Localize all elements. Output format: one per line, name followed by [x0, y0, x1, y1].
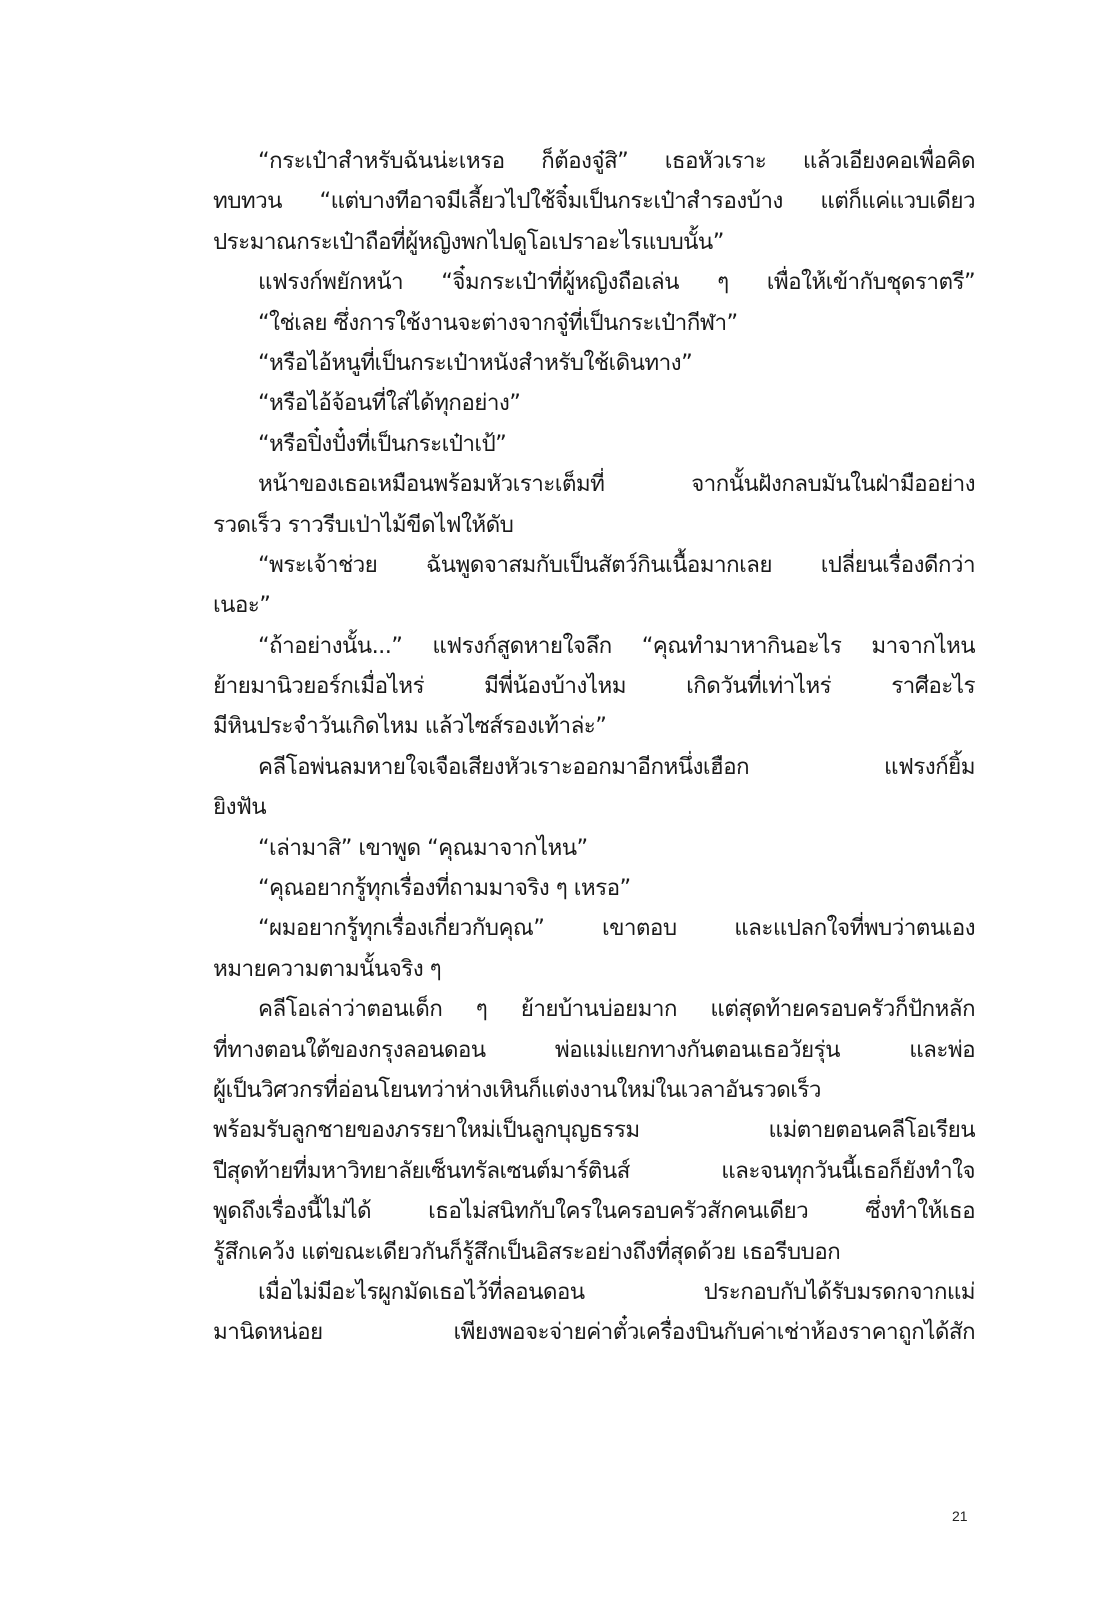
paragraph-first-line: คลีโอพ่นลมหายใจเจือเสียงหัวเราะออกมาอีกห…: [213, 747, 975, 787]
paragraph-first-line: “หรือปิ๋งปั๋งที่เป็นกระเป๋าเป้”: [213, 424, 975, 464]
paragraph-first-line: “เล่ามาสิ” เขาพูด “คุณมาจากไหน”: [213, 828, 975, 868]
paragraph-first-line: เมื่อไม่มีอะไรผูกมัดเธอไว้ที่ลอนดอน ประก…: [213, 1272, 975, 1312]
text-line: ย้ายมานิวยอร์กเมื่อไหร่ มีพี่น้องบ้างไหม…: [213, 666, 975, 706]
paragraph-first-line: หน้าของเธอเหมือนพร้อมหัวเราะเต็มที่ จากน…: [213, 464, 975, 504]
text-line: ปีสุดท้ายที่มหาวิทยาลัยเซ็นทรัลเซนต์มาร์…: [213, 1151, 975, 1191]
text-line: รู้สึกเคว้ง แต่ขณะเดียวกันก็รู้สึกเป็นอิ…: [213, 1232, 975, 1272]
text-line: ที่ทางตอนใต้ของกรุงลอนดอน พ่อแม่แยกทางกั…: [213, 1030, 975, 1070]
paragraph-first-line: “กระเป๋าสำหรับฉันน่ะเหรอ ก็ต้องจู๋สิ” เธ…: [213, 141, 975, 181]
paragraph-first-line: “คุณอยากรู้ทุกเรื่องที่ถามมาจริง ๆ เหรอ”: [213, 868, 975, 908]
text-line: ยิงฟัน: [213, 787, 975, 827]
paragraph-first-line: คลีโอเล่าว่าตอนเด็ก ๆ ย้ายบ้านบ่อยมาก แต…: [213, 989, 975, 1029]
paragraph-first-line: “หรือไอ้จ้อนที่ใส่ได้ทุกอย่าง”: [213, 383, 975, 423]
text-line: ประมาณกระเป๋าถือที่ผู้หญิงพกไปดูโอเปราอะ…: [213, 222, 975, 262]
paragraph-first-line: “พระเจ้าช่วย ฉันพูดจาสมกับเป็นสัตว์กินเน…: [213, 545, 975, 585]
body-text: “กระเป๋าสำหรับฉันน่ะเหรอ ก็ต้องจู๋สิ” เธ…: [213, 141, 975, 1353]
text-line: ผู้เป็นวิศวกรที่อ่อนโยนทว่าห่างเหินก็แต่…: [213, 1070, 975, 1110]
text-line: พูดถึงเรื่องนี้ไม่ได้ เธอไม่สนิทกับใครใน…: [213, 1191, 975, 1231]
paragraph-first-line: “ใช่เลย ซึ่งการใช้งานจะต่างจากจู๋ที่เป็น…: [213, 303, 975, 343]
book-page: “กระเป๋าสำหรับฉันน่ะเหรอ ก็ต้องจู๋สิ” เธ…: [0, 0, 1109, 1621]
text-line: ทบทวน “แต่บางทีอาจมีเลี้ยวไปใช้จิ๋มเป็นก…: [213, 181, 975, 221]
text-line: มานิดหน่อย เพียงพอจะจ่ายค่าตั๋วเครื่องบิ…: [213, 1312, 975, 1352]
text-line: มีหินประจำวันเกิดไหม แล้วไซส์รองเท้าล่ะ”: [213, 706, 975, 746]
paragraph-first-line: “ถ้าอย่างนั้น...” แฟรงก์สูดหายใจลึก “คุณ…: [213, 626, 975, 666]
text-line: พร้อมรับลูกชายของภรรยาใหม่เป็นลูกบุญธรรม…: [213, 1110, 975, 1150]
text-line: เนอะ”: [213, 585, 975, 625]
paragraph-first-line: แฟรงก์พยักหน้า “จิ๋มกระเป๋าที่ผู้หญิงถือ…: [213, 262, 975, 302]
text-line: หมายความตามนั้นจริง ๆ: [213, 949, 975, 989]
paragraph-first-line: “ผมอยากรู้ทุกเรื่องเกี่ยวกับคุณ” เขาตอบ …: [213, 908, 975, 948]
page-number: 21: [952, 1508, 968, 1524]
paragraph-first-line: “หรือไอ้หนูที่เป็นกระเป๋าหนังสำหรับใช้เด…: [213, 343, 975, 383]
text-line: รวดเร็ว ราวรีบเป่าไม้ขีดไฟให้ดับ: [213, 505, 975, 545]
